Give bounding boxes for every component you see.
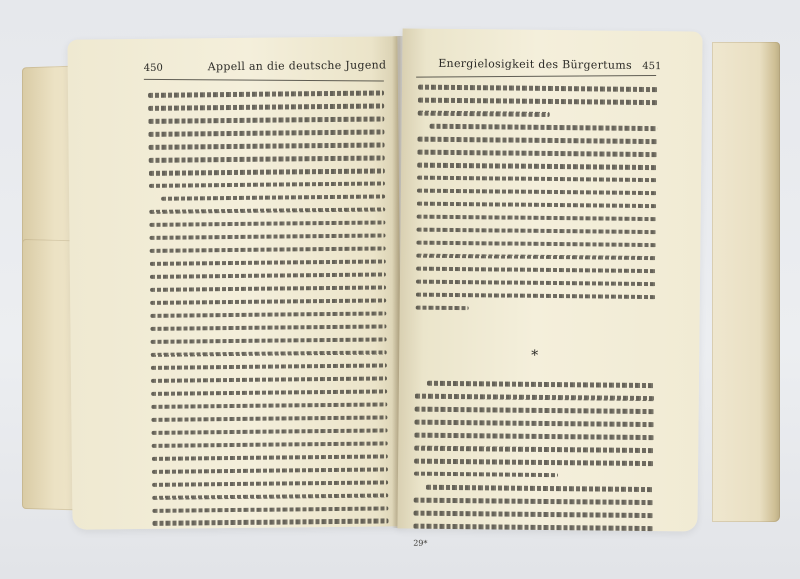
- section-divider-asterisk: *: [531, 348, 538, 364]
- signature-mark: 29*: [413, 539, 427, 548]
- right-page: Energielosigkeit des Bürgertums 451 * 29…: [397, 28, 702, 531]
- right-header-rule: [416, 75, 656, 78]
- right-page-number: 451: [642, 61, 661, 72]
- right-body-text-paragraph-3: [413, 485, 654, 539]
- right-body-text-paragraph-1: [416, 85, 658, 321]
- left-page: 450 Appell an die deutsche Jugend: [67, 36, 402, 529]
- right-fore-edge: [712, 42, 780, 522]
- left-header-rule: [144, 79, 384, 82]
- right-body-text-paragraph-2: [414, 381, 655, 487]
- photo-scene: 450 Appell an die deutsche Jugend Energi…: [0, 0, 800, 579]
- left-body-text: [148, 90, 389, 534]
- left-running-head: Appell an die deutsche Jugend: [208, 58, 387, 73]
- right-running-head: Energielosigkeit des Bürgertums: [438, 57, 632, 72]
- left-page-number: 450: [144, 63, 163, 74]
